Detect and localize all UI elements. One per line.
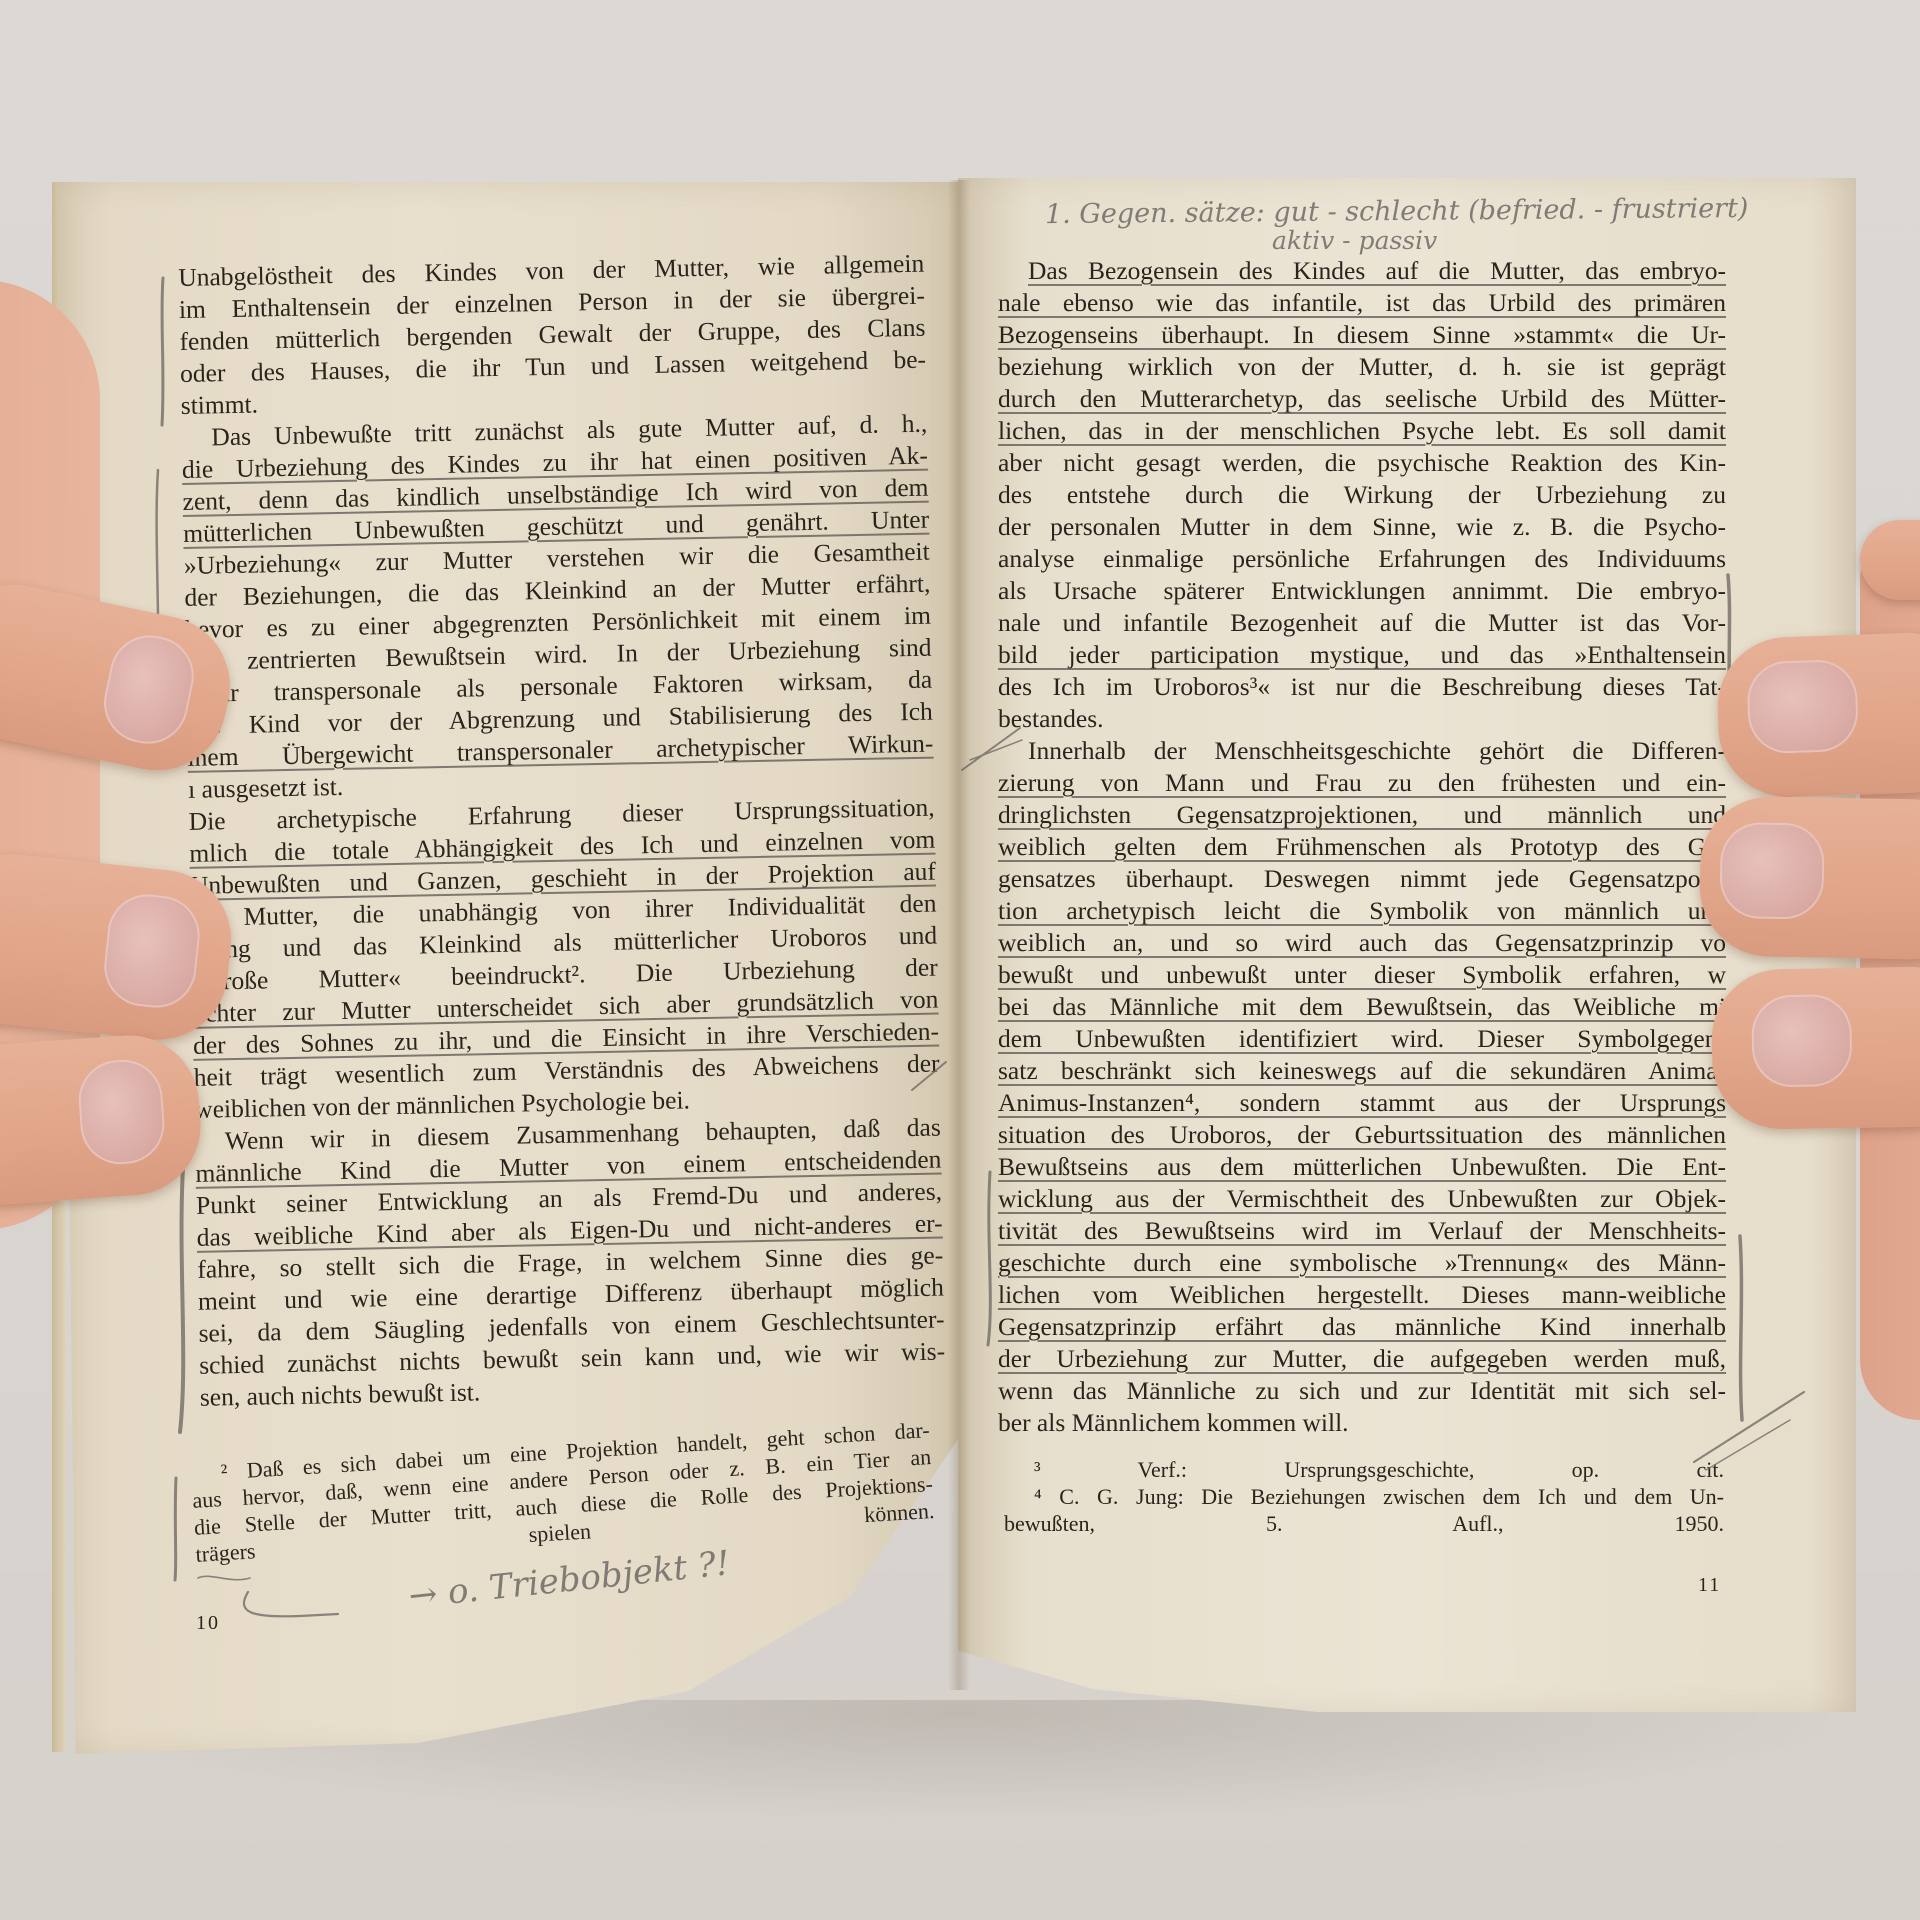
text-line-underlined: dringlichsten Gegensatzprojektionen, und… (998, 799, 1726, 831)
photo-scene: Unabgelöstheit des Kindes von der Mutter… (0, 0, 1920, 1920)
text-line-underlined: Gegensatzprinzip erfährt das männliche K… (998, 1311, 1726, 1343)
text-line-underlined: bild jeder participation mystique, und d… (998, 639, 1726, 671)
book-spine (948, 180, 970, 1690)
text-line-underlined: lichen vom Weiblichen hergestellt. Diese… (998, 1279, 1726, 1311)
text-line: nale und infantile Bezogenheit auf die M… (998, 607, 1726, 639)
text-line: des entstehe durch die Wirkung der Urbez… (998, 479, 1726, 511)
fingernail (1746, 659, 1859, 755)
text-line: der personalen Mutter in dem Sinne, wie … (998, 511, 1726, 543)
text-line: aber nicht gesagt werden, die psychische… (998, 447, 1726, 479)
text-line-underlined: Das Bezogensein des Kindes auf die Mutte… (998, 255, 1726, 287)
text-line-underlined: bei das Männliche mit dem Bewußtsein, da… (998, 991, 1726, 1023)
right-finger-ring (1711, 966, 1920, 1131)
right-finger-middle (1699, 796, 1920, 961)
text-line: analyse einmalige persönliche Erfahrunge… (998, 543, 1726, 575)
right-page-footnotes: ³ Verf.: Ursprungsgeschichte, op. cit. ⁴… (1004, 1456, 1724, 1537)
right-page-body-text: Das Bezogensein des Kindes auf die Mutte… (998, 255, 1726, 1439)
text-line-underlined: geschichte durch eine symbolische »Trenn… (998, 1247, 1726, 1279)
fingernail (1719, 822, 1825, 920)
text-line-underlined: nale ebenso wie das infantile, ist das U… (998, 287, 1726, 319)
text-line-underlined: tion archetypisch leicht die Symbolik vo… (998, 895, 1726, 927)
text-line: beziehung wirklich von der Mutter, d. h.… (998, 351, 1726, 383)
text-line: wenn das Männliche zu sich und zur Ident… (998, 1375, 1726, 1407)
text-line: gensatzes überhaupt. Deswegen nimmt jede… (998, 863, 1726, 895)
pencil-note-top-second: aktiv - passiv (1272, 226, 1437, 255)
text-line-underlined: Bewußtseins aus dem mütterlichen Unbewuß… (998, 1151, 1726, 1183)
text-line-underlined: weiblich gelten dem Frühmenschen als Pro… (998, 831, 1726, 863)
text-line: Innerhalb der Menschheitsgeschichte gehö… (998, 735, 1726, 767)
page-number-left: 10 (196, 1612, 220, 1635)
text-line: ber als Männlichem kommen will. (998, 1407, 1726, 1439)
fingernail (97, 628, 202, 751)
text-line-underlined: bewußt und unbewußt unter dieser Symboli… (998, 959, 1726, 991)
page-number-right: 11 (1698, 1574, 1721, 1597)
footnote-line: ³ Verf.: Ursprungsgeschichte, op. cit. (1004, 1456, 1724, 1483)
pencil-note-top: 1. Gegen. sätze: gut - schlecht (befried… (1045, 193, 1749, 230)
fingernail (1751, 994, 1853, 1088)
text-line-underlined: zierung von Mann und Frau zu den frühest… (998, 767, 1726, 799)
text-line: als Ursache späterer Entwicklungen annim… (998, 575, 1726, 607)
left-page-body-text: Unabgelöstheit des Kindes von der Mutter… (178, 248, 946, 1414)
text-line-underlined: satz beschränkt sich keineswegs auf die … (998, 1055, 1726, 1087)
text-line-underlined: weiblich an, und so wird auch das Gegens… (998, 927, 1726, 959)
text-line-underlined: dem Unbewußten identifiziert wird. Diese… (998, 1023, 1726, 1055)
open-book: Unabgelöstheit des Kindes von der Mutter… (0, 0, 1920, 1920)
text-line: des Ich im Uroboros³« ist nur die Beschr… (998, 671, 1726, 703)
right-finger-index (1715, 631, 1920, 800)
footnote-line: ⁴ C. G. Jung: Die Beziehungen zwischen d… (1004, 1483, 1724, 1510)
text-line: bestandes. (998, 703, 1726, 735)
text-line-underlined: durch den Mutterarchetyp, das seelische … (998, 383, 1726, 415)
text-line-underlined: Animus-Instanzen⁴, sondern stammt aus de… (998, 1087, 1726, 1119)
text-line-underlined: wicklung aus der Vermischtheit des Unbew… (998, 1183, 1726, 1215)
text-line-underlined: tivität des Bewußtseins wird im Verlauf … (998, 1215, 1726, 1247)
text-line-underlined: der Urbeziehung zur Mutter, die aufgegeb… (998, 1343, 1726, 1375)
text-line-underlined: Bezogenseins überhaupt. In diesem Sinne … (998, 319, 1726, 351)
fingernail (76, 1057, 167, 1167)
fingernail (100, 891, 203, 1012)
text-line-underlined: lichen, das in der menschlichen Psyche l… (998, 415, 1726, 447)
text-line-underlined: situation des Uroboros, der Geburtssitua… (998, 1119, 1726, 1151)
footnote-line: bewußten, 5. Aufl., 1950. (1004, 1510, 1724, 1537)
